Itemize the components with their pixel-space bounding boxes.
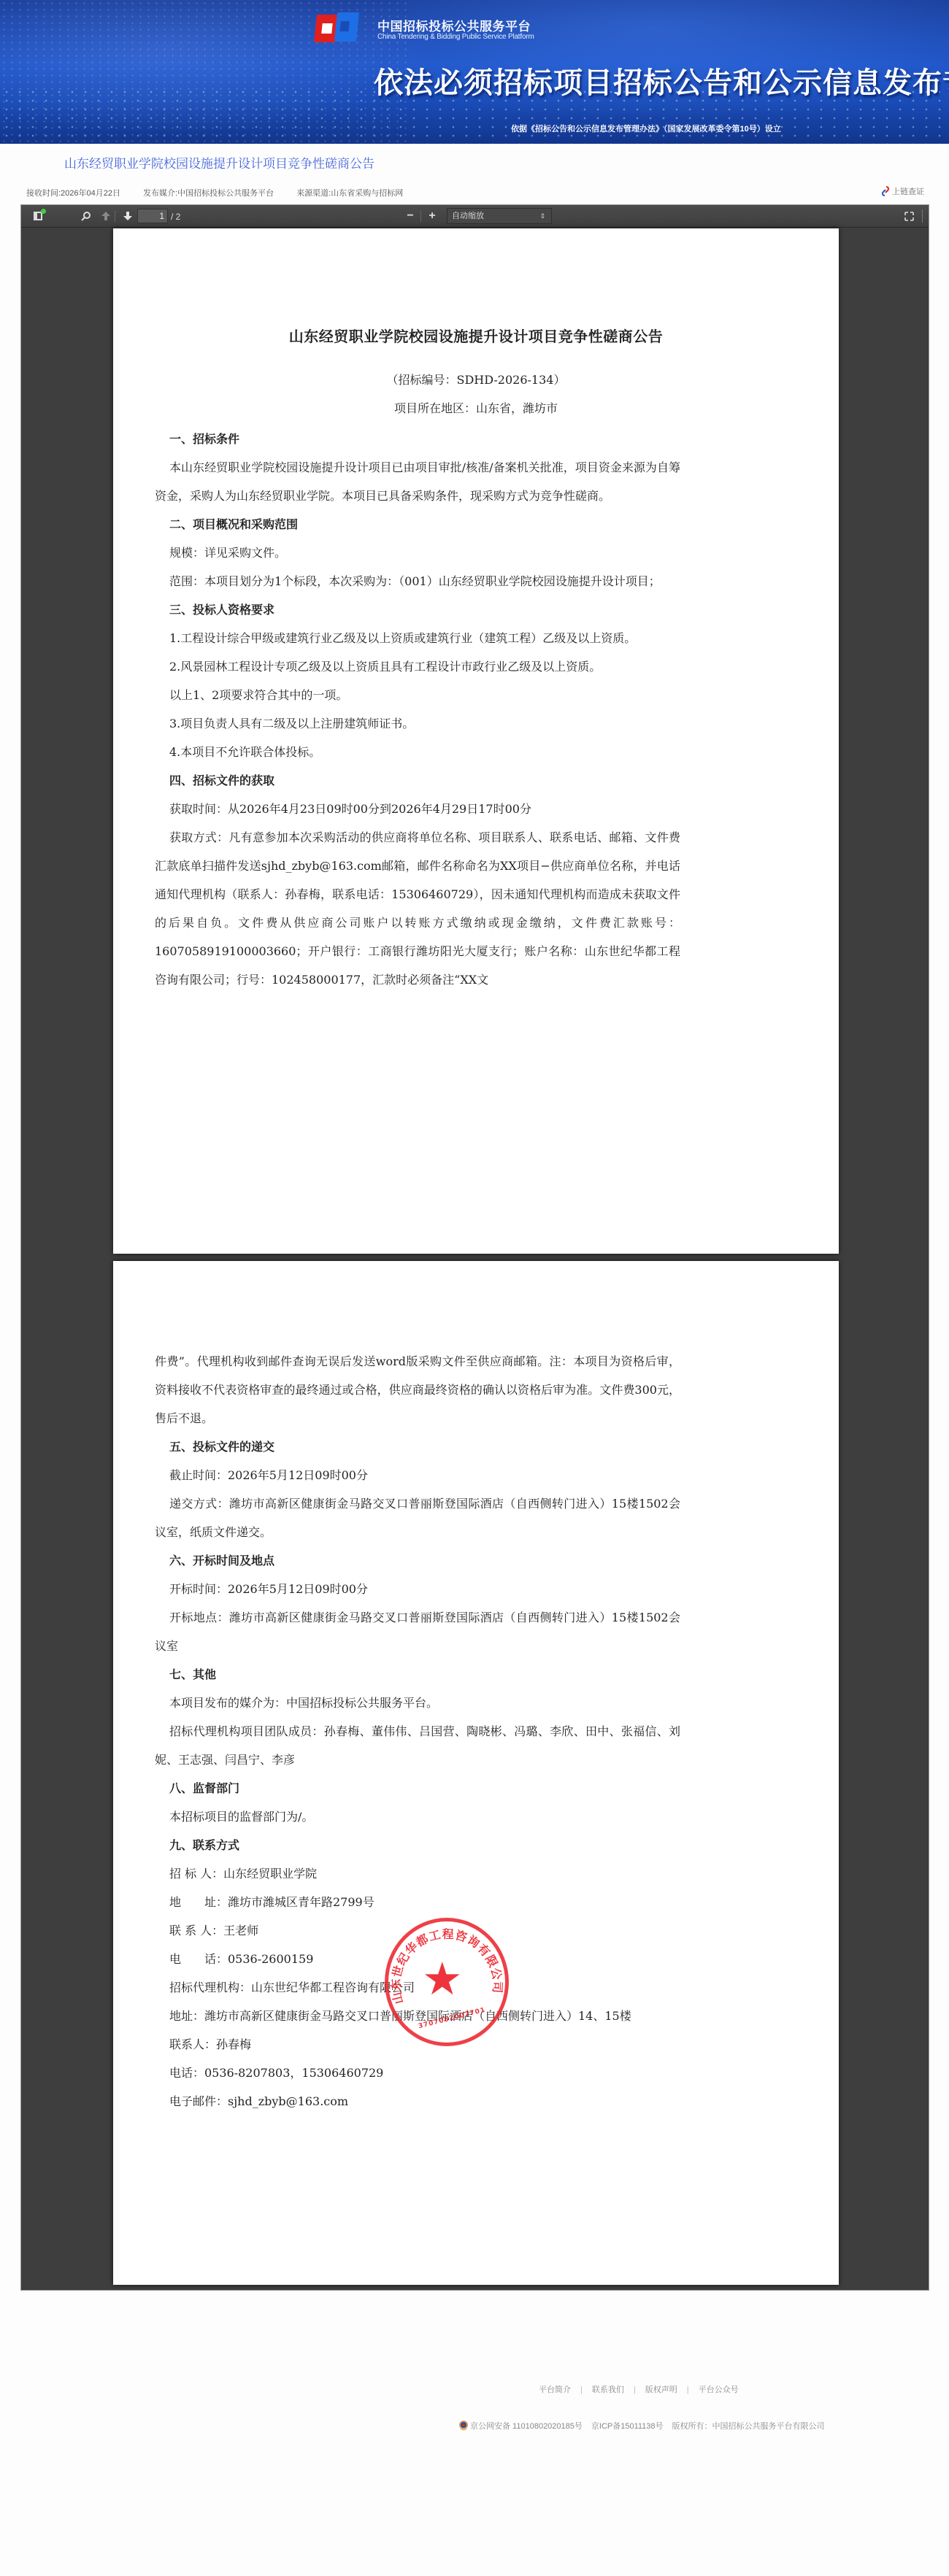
toolbar-separator — [115, 211, 115, 222]
section-heading: 八、监督部门 — [155, 1774, 680, 1802]
footer-link-contact[interactable]: 联系我们 — [592, 2386, 624, 2394]
police-badge-icon — [458, 2420, 469, 2432]
section-heading: 三、投标人资格要求 — [155, 595, 680, 624]
paragraph: 获取时间：从2026年4月23日09时00分到2026年4月29日17时00分 — [155, 795, 680, 823]
section-heading: 七、其他 — [155, 1660, 680, 1689]
arrow-down-icon — [123, 211, 133, 221]
banner-subtitle: 依据《招标公告和公示信息发布管理办法》（国家发展改革委令第10号）设立 — [511, 123, 781, 134]
chain-verify-link[interactable]: 上链查证 — [881, 185, 924, 197]
copyright-text: 版权所有：中国招标公共服务平台有限公司 — [672, 2420, 825, 2432]
contact-person: 联 系 人：王老师 — [155, 1916, 680, 1945]
section-heading: 五、投标文件的递交 — [155, 1432, 680, 1461]
next-page-button[interactable] — [121, 209, 134, 223]
header-banner: 中国招标投标公共服务平台 China Tendering & Bidding P… — [0, 0, 949, 144]
presentation-mode-button[interactable] — [903, 209, 915, 223]
paragraph: 本项目发布的媒介为：中国招标投标公共服务平台。 — [155, 1689, 680, 1717]
footer-separator: | — [634, 2386, 636, 2394]
agency-phone: 电话：0536-8207803，15306460729 — [155, 2059, 680, 2087]
paragraph: 截止时间：2026年5月12日09时00分 — [155, 1461, 680, 1489]
page-title: 山东经贸职业学院校园设施提升设计项目竞争性磋商公告 — [64, 153, 374, 171]
footer-link-wechat[interactable]: 平台公众号 — [699, 2386, 739, 2394]
contact-phone: 电 话：0536-2600159 — [155, 1945, 680, 1973]
section-heading: 四、招标文件的获取 — [155, 766, 680, 795]
footer-link-copyright[interactable]: 版权声明 — [645, 2386, 677, 2394]
section-heading: 六、开标时间及地点 — [155, 1546, 680, 1575]
footer-separator: | — [687, 2386, 689, 2394]
paragraph: 范围：本项目划分为1个标段，本次采购为：（001）山东经贸职业学院校园设施提升设… — [155, 567, 680, 595]
icp-number[interactable]: 京ICP备15011138号 — [591, 2420, 664, 2432]
page-number-input[interactable] — [137, 209, 168, 223]
pdf-page-2: 件费”。代理机构收到邮件查询无误后发送word版采购文件至供应商邮箱。注：本项目… — [113, 1261, 839, 2285]
platform-logo-icon[interactable] — [315, 12, 368, 45]
footer-separator: | — [580, 2386, 583, 2394]
paragraph: 招标代理机构项目团队成员：孙春梅、董伟伟、吕国营、陶晓彬、冯璐、李欣、田中、张福… — [155, 1717, 680, 1774]
toolbar-separator — [420, 211, 421, 222]
source-channel: 来源渠道:山东省采购与招标网 — [296, 189, 403, 198]
paragraph: 1.工程设计综合甲级或建筑行业乙级及以上资质或建筑行业（建筑工程）乙级及以上资质… — [155, 624, 680, 652]
agency-contact: 联系人：孙春梅 — [155, 2030, 680, 2059]
paragraph: 本山东经贸职业学院校园设施提升设计项目已由项目审批/核准/备案机关批准，项目资金… — [155, 453, 680, 510]
paragraph-continued: 件费”。代理机构收到邮件查询无误后发送word版采购文件至供应商邮箱。注：本项目… — [155, 1347, 680, 1432]
zoom-level-value: 自动缩放 — [452, 212, 484, 220]
pdf-toolbar: / 2 − + 自动缩放 ⇕ — [21, 205, 929, 228]
paragraph: 4.本项目不允许联合体投标。 — [155, 738, 680, 766]
platform-name: 中国招标投标公共服务平台 — [377, 16, 531, 34]
document-container[interactable]: 山东经贸职业学院校园设施提升设计项目竞争性磋商公告 （招标编号：SDHD-202… — [21, 228, 929, 2290]
contact-tenderer: 招 标 人：山东经贸职业学院 — [155, 1859, 680, 1888]
paragraph: 递交方式：潍坊市高新区健康街金马路交叉口普丽斯登国际酒店（自西侧转门进入）15楼… — [155, 1489, 680, 1546]
paragraph: 3.项目负责人具有二级及以上注册建筑师证书。 — [155, 709, 680, 738]
agency-email: 电子邮件：sjhd_zbyb@163.com — [155, 2087, 680, 2116]
project-region: 项目所在地区：山东省，潍坊市 — [113, 399, 839, 416]
toolbar-separator — [922, 209, 923, 223]
sidebar-toggle-button[interactable] — [31, 209, 45, 223]
paragraph: 开标地点：潍坊市高新区健康街金马路交叉口普丽斯登国际酒店（自西侧转门进入）15楼… — [155, 1603, 680, 1660]
announcement-meta: 接收时间:2026年04月22日 发布媒介:中国招标投标公共服务平台 来源渠道:… — [26, 187, 423, 198]
agency-name: 招标代理机构：山东世纪华都工程咨询有限公司 — [155, 1973, 680, 2002]
fullscreen-icon — [904, 212, 914, 221]
document-body-page-2: 件费”。代理机构收到邮件查询无误后发送word版采购文件至供应商邮箱。注：本项目… — [155, 1347, 680, 2116]
paragraph: 规模：详见采购文件。 — [155, 539, 680, 567]
paragraph: 以上1、2项要求符合其中的一项。 — [155, 681, 680, 709]
notification-dot — [41, 209, 46, 214]
zoom-in-button[interactable]: + — [426, 209, 438, 223]
paragraph: 获取方式：凡有意参加本次采购活动的供应商将单位名称、项目联系人、联系电话、邮箱、… — [155, 823, 680, 994]
platform-name-en: China Tendering & Bidding Public Service… — [377, 33, 534, 41]
footer-link-about[interactable]: 平台简介 — [539, 2386, 571, 2394]
find-button[interactable] — [80, 209, 93, 223]
paragraph: 2.风景园林工程设计专项乙级及以上资质且具有工程设计市政行业乙级及以上资质。 — [155, 652, 680, 681]
document-body-page-1: 一、招标条件 本山东经贸职业学院校园设施提升设计项目已由项目审批/核准/备案机关… — [155, 425, 680, 994]
section-heading: 二、项目概况和采购范围 — [155, 510, 680, 539]
page-count: / 2 — [171, 212, 180, 222]
zoom-level-select[interactable]: 自动缩放 ⇕ — [447, 208, 552, 224]
chain-verify-label: 上链查证 — [892, 185, 924, 197]
pdf-viewer: / 2 − + 自动缩放 ⇕ 山东经贸职业学院校园设施提升设计项目竞争性磋商公告… — [20, 204, 929, 2291]
police-record-number[interactable]: 京公网安备 11010802020185号 — [470, 2420, 583, 2432]
publish-media: 发布媒介:中国招标投标公共服务平台 — [143, 189, 274, 198]
document-title: 山东经贸职业学院校园设施提升设计项目竞争性磋商公告 — [113, 325, 839, 346]
section-heading: 一、招标条件 — [155, 425, 680, 453]
agency-address: 地址：潍坊市高新区健康街金马路交叉口普丽斯登国际酒店（自西侧转门进入）14、15… — [155, 2002, 680, 2030]
paragraph: 本招标项目的监督部门为/。 — [155, 1802, 680, 1831]
select-arrows-icon: ⇕ — [539, 209, 545, 223]
banner-heading: 依法必须招标项目招标公告和公示信息发布专栏 — [374, 60, 949, 101]
contact-address: 地 址：潍坊市潍城区青年路2799号 — [155, 1888, 680, 1916]
zoom-out-button[interactable]: − — [404, 209, 416, 223]
pdf-page-1: 山东经贸职业学院校园设施提升设计项目竞争性磋商公告 （招标编号：SDHD-202… — [113, 228, 839, 1254]
bid-number: （招标编号：SDHD-2026-134） — [113, 371, 839, 387]
footer-links: 平台简介|联系我们|版权声明|平台公众号 — [539, 2383, 739, 2395]
section-heading: 九、联系方式 — [155, 1831, 680, 1859]
search-icon — [81, 211, 91, 221]
previous-page-button[interactable] — [99, 209, 112, 223]
chain-link-icon — [881, 186, 890, 196]
received-time: 接收时间:2026年04月22日 — [26, 189, 120, 198]
footer-copyright: 京公网安备 11010802020185号 京ICP备15011138号 版权所… — [458, 2420, 834, 2432]
paragraph: 开标时间：2026年5月12日09时00分 — [155, 1575, 680, 1603]
arrow-up-icon — [101, 211, 111, 221]
